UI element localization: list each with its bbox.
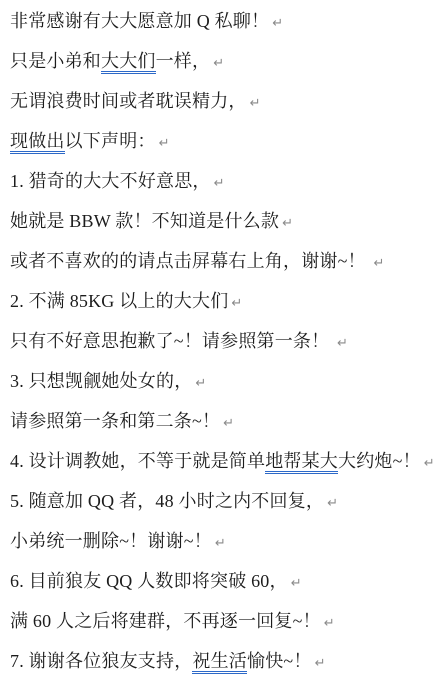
text-run: 只有不好意思抱歉了~！请参照第一条！ bbox=[10, 331, 334, 351]
text-run: 2. 不满 85KG 以上的大大们 bbox=[10, 291, 228, 311]
text-run: 愉快~！ bbox=[247, 651, 312, 671]
paragraph-line[interactable]: 6. 目前狼友 QQ 人数即将突破 60，↵ bbox=[10, 561, 442, 601]
grammar-flagged-run[interactable]: 地帮某大 bbox=[265, 451, 338, 474]
paragraph-mark-icon: ↵ bbox=[424, 456, 435, 471]
paragraph-line[interactable]: 满 60 人之后将建群，不再逐一回复~！↵ bbox=[10, 601, 442, 641]
paragraph-line[interactable]: 非常感谢有大大愿意加 Q 私聊！↵ bbox=[10, 1, 442, 41]
paragraph-line[interactable]: 3. 只想觊觎她处女的，↵ bbox=[10, 361, 442, 401]
paragraph-mark-icon: ↵ bbox=[215, 536, 226, 551]
paragraph-mark-icon: ↵ bbox=[291, 576, 302, 591]
paragraph-line[interactable]: 1. 猎奇的大大不好意思，↵ bbox=[10, 161, 442, 201]
paragraph-mark-icon: ↵ bbox=[213, 56, 224, 71]
paragraph-mark-icon: ↵ bbox=[337, 336, 348, 351]
text-run: 3. 只想觊觎她处女的， bbox=[10, 371, 192, 391]
paragraph-line[interactable]: 只有不好意思抱歉了~！请参照第一条！ ↵ bbox=[10, 321, 442, 361]
text-run: 6. 目前狼友 QQ 人数即将突破 60， bbox=[10, 571, 288, 591]
text-run: 只是小弟和 bbox=[10, 51, 101, 71]
paragraph-line[interactable]: 或者不喜欢的的请点击屏幕右上角，谢谢~！ ↵ bbox=[10, 241, 442, 281]
text-run: 她就是 BBW 款！不知道是什么款 bbox=[10, 211, 279, 231]
paragraph-mark-icon: ↵ bbox=[195, 376, 206, 391]
paragraph-mark-icon: ↵ bbox=[223, 416, 234, 431]
paragraph-mark-icon: ↵ bbox=[231, 296, 242, 311]
paragraph-line[interactable]: 她就是 BBW 款！不知道是什么款↵ bbox=[10, 201, 442, 241]
paragraph-mark-icon: ↵ bbox=[373, 256, 384, 271]
paragraph-line[interactable]: 请参照第一条和第二条~！↵ bbox=[10, 401, 442, 441]
text-run: 请参照第一条和第二条~！ bbox=[10, 411, 220, 431]
text-run: 1. 猎奇的大大不好意思， bbox=[10, 171, 211, 191]
paragraph-line[interactable]: 小弟统一删除~！谢谢~！↵ bbox=[10, 521, 442, 561]
text-run: 一样， bbox=[156, 51, 211, 71]
paragraph-line[interactable]: 只是小弟和大大们一样，↵ bbox=[10, 41, 442, 81]
paragraph-line[interactable]: 4. 设计调教她，不等于就是简单地帮某大大约炮~！↵ bbox=[10, 441, 442, 481]
paragraph-mark-icon: ↵ bbox=[315, 656, 326, 671]
paragraph-mark-icon: ↵ bbox=[214, 176, 225, 191]
text-run: 非常感谢有大大愿意加 Q 私聊！ bbox=[10, 11, 269, 31]
paragraph-mark-icon: ↵ bbox=[272, 16, 283, 31]
text-run: 或者不喜欢的的请点击屏幕右上角，谢谢~！ bbox=[10, 251, 370, 271]
text-run: 满 60 人之后将建群，不再逐一回复~！ bbox=[10, 611, 321, 631]
grammar-flagged-run[interactable]: 祝生活 bbox=[192, 651, 247, 674]
paragraph-line[interactable]: 无谓浪费时间或者耽误精力，↵ bbox=[10, 81, 442, 121]
paragraph-mark-icon: ↵ bbox=[324, 616, 335, 631]
paragraph-line[interactable]: 7. 谢谢各位狼友支持，祝生活愉快~！↵ bbox=[10, 641, 442, 681]
paragraph-line[interactable]: 2. 不满 85KG 以上的大大们↵ bbox=[10, 281, 442, 321]
text-run: 以下声明： bbox=[65, 131, 156, 151]
paragraph-line[interactable]: 5. 随意加 QQ 者，48 小时之内不回复，↵ bbox=[10, 481, 442, 521]
text-run: 小弟统一删除~！谢谢~！ bbox=[10, 531, 212, 551]
paragraph-mark-icon: ↵ bbox=[282, 216, 293, 231]
text-run: 7. 谢谢各位狼友支持， bbox=[10, 651, 192, 671]
paragraph-line[interactable]: 现做出以下声明：↵ bbox=[10, 121, 442, 161]
text-run: 5. 随意加 QQ 者，48 小时之内不回复， bbox=[10, 491, 324, 511]
grammar-flagged-run[interactable]: 大大们 bbox=[101, 51, 156, 74]
document-canvas[interactable]: 非常感谢有大大愿意加 Q 私聊！↵只是小弟和大大们一样，↵无谓浪费时间或者耽误精… bbox=[0, 0, 446, 694]
text-run: 无谓浪费时间或者耽误精力， bbox=[10, 91, 247, 111]
text-run: 大约炮~！ bbox=[338, 451, 421, 471]
paragraph-mark-icon: ↵ bbox=[327, 496, 338, 511]
paragraph-mark-icon: ↵ bbox=[250, 96, 261, 111]
grammar-flagged-run[interactable]: 现做出 bbox=[10, 131, 65, 154]
text-run: 4. 设计调教她，不等于就是简单 bbox=[10, 451, 265, 471]
paragraph-mark-icon: ↵ bbox=[159, 136, 170, 151]
